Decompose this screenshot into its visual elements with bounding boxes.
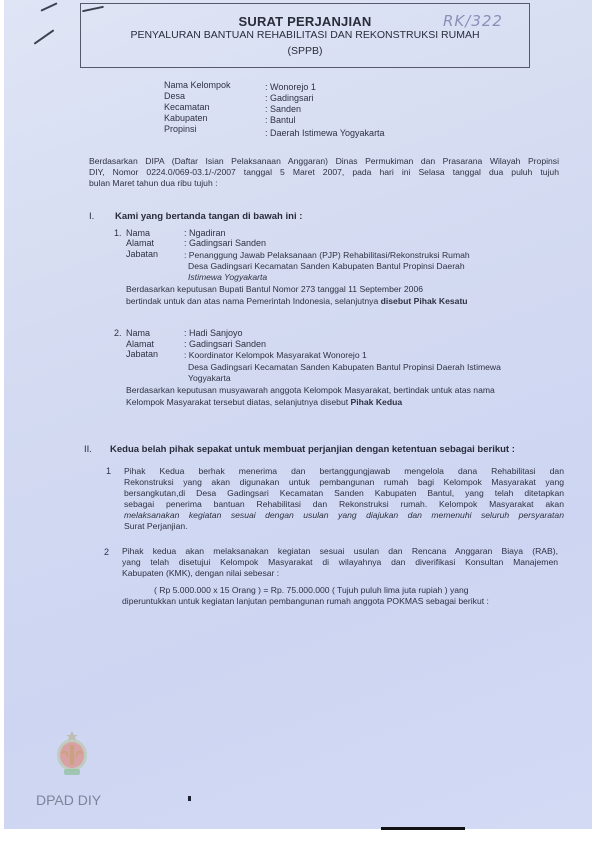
clause-line: Rekonstruksi yang akan digunakan untuk p… [124, 477, 564, 488]
party-designation: disebut Pihak Kesatu [381, 296, 468, 306]
group-info-label: Kecamatan [164, 102, 210, 113]
party-index: 1. [114, 228, 122, 239]
party-1: 1. Nama : Ngadiran Alamat : Gadingsari S… [114, 228, 554, 328]
field-value: : Gadingsari Sanden [184, 238, 266, 249]
document-page: SURAT PERJANJIAN PENYALURAN BANTUAN REHA… [4, 0, 592, 829]
group-info-value: : Gadingsari [265, 93, 314, 104]
field-value: : Koordinator Kelompok Masyarakat Wonore… [184, 350, 367, 361]
field-value: : Hadi Sanjoyo [184, 328, 243, 339]
party-2: 2. Nama : Hadi Sanjoyo Alamat : Gadingsa… [114, 328, 574, 428]
field-value: : Gadingsari Sanden [184, 339, 266, 350]
basis-line: Kelompok Masyarakat tersebut diatas, sel… [126, 397, 351, 407]
section-number: II. [84, 444, 92, 455]
field-value-cont: Istimewa Yogyakarta [188, 272, 267, 283]
group-info-value: : Bantul [265, 115, 296, 126]
group-info-label: Kabupaten [164, 113, 208, 124]
clause-line: sebagai penerima bantuan Rehabilitasi da… [124, 499, 564, 510]
field-label: Nama [126, 328, 150, 339]
ink-dot [188, 796, 191, 801]
party-index: 2. [114, 328, 122, 339]
field-label: Jabatan [126, 349, 158, 360]
field-value-cont: Desa Gadingsari Kecamatan Sanden Kabupat… [188, 362, 501, 373]
intro-line: Berdasarkan DIPA (Daftar Isian Pelaksana… [89, 156, 559, 167]
footer-redacted-bar [381, 827, 465, 830]
clause-line: bersangkutan,di Desa Gadingsari Kecamata… [124, 488, 564, 499]
basis-line: bertindak untuk dan atas nama Pemerintah… [126, 296, 381, 306]
clause-index: 1 [106, 466, 111, 477]
section-heading: Kedua belah pihak sepakat untuk membuat … [110, 444, 515, 455]
clause-line: Pihak Kedua berhak menerima dan bertangg… [124, 466, 564, 477]
basis-line: Berdasarkan keputusan Bupati Bantul Nomo… [126, 284, 423, 295]
group-info-label: Nama Kelompok [164, 80, 231, 91]
amount-text: ( Rp 5.000.000 x 15 Orang ) = Rp. 75.000… [154, 585, 554, 596]
intro-line: DIY, Nomor 0224.0/069-03.1/-/2007 tangga… [89, 167, 559, 178]
clause-line: Kabupaten (KMK), dengan nilai sebesar : [122, 568, 558, 579]
document-subtitle: PENYALURAN BANTUAN REHABILITASI DAN REKO… [81, 29, 529, 41]
group-info: Nama Kelompok : Wonorejo 1 Desa : Gading… [164, 80, 464, 140]
group-info-value: : Sanden [265, 104, 301, 115]
intro-paragraph: Berdasarkan DIPA (Daftar Isian Pelaksana… [89, 156, 559, 189]
party-designation: Pihak Kedua [351, 397, 403, 407]
watermark-label: DPAD DIY [36, 792, 101, 808]
yogyakarta-coat-of-arms-icon [52, 731, 92, 779]
clause-2: Pihak kedua akan melaksanakan kegiatan s… [122, 546, 558, 579]
clause-line: Pihak kedua akan melaksanakan kegiatan s… [122, 546, 558, 557]
clause-2-last: diperuntukkan untuk kegiatan lanjutan pe… [122, 596, 562, 607]
handwritten-note: RK/322 [443, 12, 503, 30]
field-value-cont: Yogyakarta [188, 373, 231, 384]
group-info-value: : Wonorejo 1 [265, 82, 316, 93]
pen-mark [40, 2, 57, 11]
document-code: (SPPB) [81, 45, 529, 57]
group-info-value: : Daerah Istimewa Yogyakarta [265, 128, 385, 139]
clause-line: Surat Perjanjian. [124, 521, 564, 532]
pen-mark [34, 29, 55, 44]
field-value: : Penanggung Jawab Pelaksanaan (PJP) Reh… [184, 250, 470, 261]
clause-line: melaksanakan kegiatan sesuai dengan usul… [124, 510, 564, 521]
basis-line: Berdasarkan keputusan musyawarah anggota… [126, 385, 495, 396]
section-heading: Kami yang bertanda tangan di bawah ini : [115, 211, 302, 222]
intro-line: bulan Maret tahun dua ribu tujuh : [89, 178, 559, 189]
clause-line: diperuntukkan untuk kegiatan lanjutan pe… [122, 596, 562, 607]
clause-1: Pihak Kedua berhak menerima dan bertangg… [124, 466, 564, 532]
section-number: I. [89, 211, 94, 222]
clause-line: yang telah disetujui Kelompok Masyarakat… [122, 557, 558, 568]
field-label: Jabatan [126, 249, 158, 260]
field-label: Alamat [126, 238, 154, 249]
amount-line: ( Rp 5.000.000 x 15 Orang ) = Rp. 75.000… [154, 585, 554, 596]
clause-index: 2 [104, 547, 109, 558]
group-info-label: Propinsi [164, 124, 197, 135]
field-value-cont: Desa Gadingsari Kecamatan Sanden Kabupat… [188, 261, 465, 272]
group-info-label: Desa [164, 91, 185, 102]
